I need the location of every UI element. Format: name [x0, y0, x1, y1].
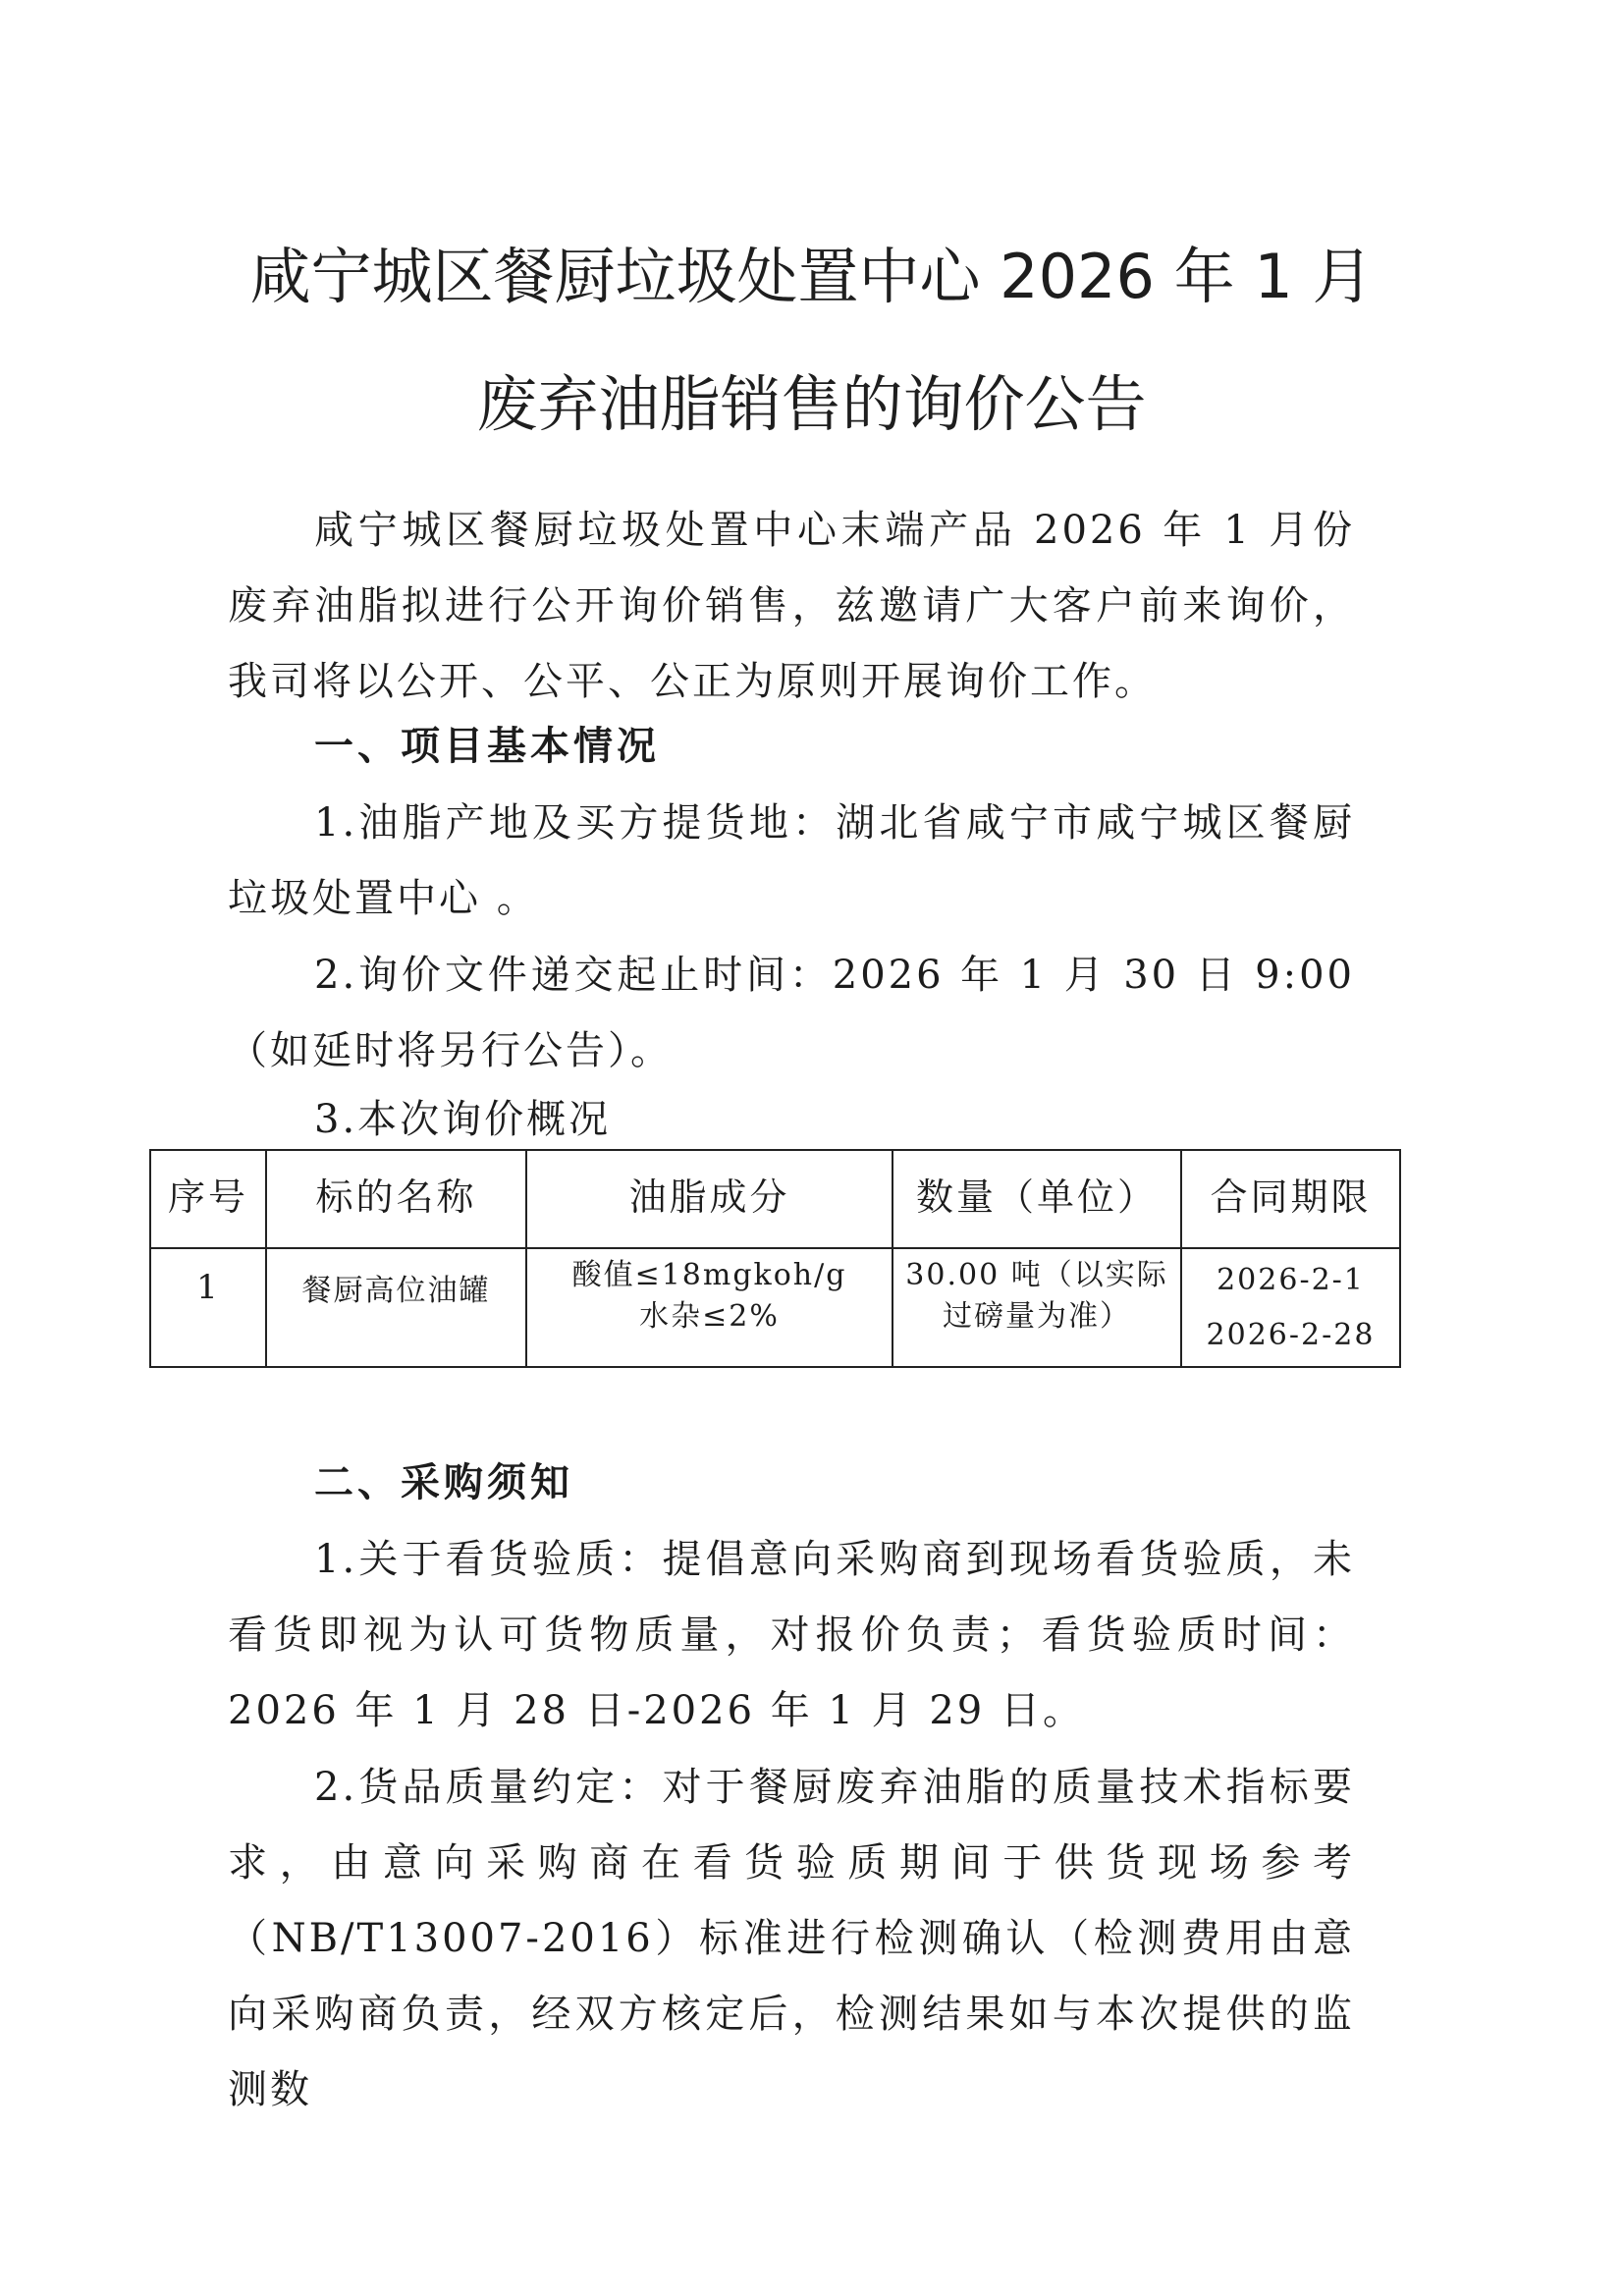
table-header-row: 序号 标的名称 油脂成分 数量（单位） 合同期限	[150, 1150, 1400, 1248]
section-1-item-3: 3.本次询价概况	[228, 1090, 1355, 1149]
document-title-line-2: 废弃油脂销售的询价公告	[0, 369, 1623, 440]
table-row: 1 餐厨高位油罐 酸值≤18mgkoh/g 水杂≤2% 30.00 吨（以实际 …	[150, 1248, 1400, 1367]
term-start: 2026-2-1	[1182, 1253, 1399, 1308]
intro-paragraph: 咸宁城区餐厨垃圾处置中心末端产品 2026 年 1 月份废弃油脂拟进行公开询价销…	[228, 493, 1355, 720]
section-2-heading: 二、采购须知	[314, 1453, 573, 1512]
cell-seq: 1	[150, 1248, 266, 1367]
term-end: 2026-2-28	[1182, 1308, 1399, 1363]
section-1-item-1: 1.油脂产地及买方提货地：湖北省咸宁市咸宁城区餐厨垃圾处置中心 。	[228, 786, 1355, 937]
quantity-line-2: 过磅量为准）	[893, 1296, 1180, 1338]
header-seq: 序号	[150, 1150, 266, 1248]
cell-item-name: 餐厨高位油罐	[266, 1248, 526, 1367]
cell-contract-term: 2026-2-1 2026-2-28	[1181, 1248, 1400, 1367]
composition-acid-value: 酸值≤18mgkoh/g	[527, 1255, 892, 1296]
header-item-name: 标的名称	[266, 1150, 526, 1248]
section-2-item-2: 2.货品质量约定：对于餐厨废弃油脂的质量技术指标要求，由意向采购商在看货验质期间…	[228, 1750, 1355, 2128]
document-title-line-1: 咸宁城区餐厨垃圾处置中心 2026 年 1 月	[0, 242, 1623, 312]
header-quantity: 数量（单位）	[893, 1150, 1181, 1248]
inquiry-summary-table: 序号 标的名称 油脂成分 数量（单位） 合同期限 1 餐厨高位油罐 酸值≤18m…	[149, 1149, 1401, 1368]
document-page: 咸宁城区餐厨垃圾处置中心 2026 年 1 月 废弃油脂销售的询价公告 咸宁城区…	[0, 0, 1623, 2296]
cell-quantity: 30.00 吨（以实际 过磅量为准）	[893, 1248, 1181, 1367]
cell-composition: 酸值≤18mgkoh/g 水杂≤2%	[526, 1248, 893, 1367]
header-composition: 油脂成分	[526, 1150, 893, 1248]
section-2-item-1: 1.关于看货验质：提倡意向采购商到现场看货验质，未看货即视为认可货物质量，对报价…	[228, 1522, 1355, 1749]
quantity-line-1: 30.00 吨（以实际	[893, 1255, 1180, 1296]
section-1-item-2: 2.询价文件递交起止时间：2026 年 1 月 30 日 9:00（如延时将另行…	[228, 938, 1355, 1089]
composition-water-impurity: 水杂≤2%	[527, 1296, 892, 1338]
section-1-heading: 一、项目基本情况	[314, 717, 660, 776]
header-contract-term: 合同期限	[1181, 1150, 1400, 1248]
